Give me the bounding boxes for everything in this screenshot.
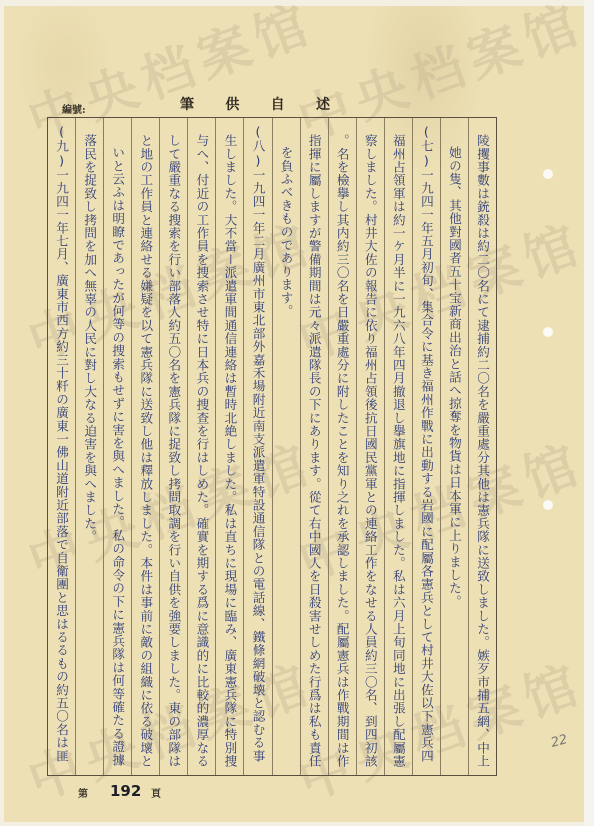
text-column: いと云ふは明瞭であったが何等の捜索もせずに害を與へました。私の命令の下に憲兵隊は… [103, 118, 131, 775]
title-char: 供 [225, 94, 239, 114]
text-column: (八)一九四一年二月廣州市東北部外嘉禾場附近南支派遣軍特設通信隊との電話線、鐵條… [243, 118, 271, 775]
title-char: 筆 [180, 94, 194, 114]
punch-hole [543, 327, 553, 337]
manuscript-grid: (九)一九四一年七月、廣東市西方約三十粁の廣東一佛山道附近部落で自衛團と思はるる… [47, 117, 497, 776]
text-column: 察しました。村井大佐の報告に依り福州占領後抗日國民黨軍との連絡工作をなせる人員約… [356, 118, 384, 775]
text-column: と地の工作員と連絡せる嫌疑を以て憲兵隊に送致し他は釋放しました。本件は事前に敵の… [131, 118, 159, 775]
title-char: 自 [271, 94, 285, 114]
text-column: (九)一九四一年七月、廣東市西方約三十粁の廣東一佛山道附近部落で自衛團と思はるる… [48, 118, 75, 775]
text-column: 与へ、付近の工作員を捜索させ特に日本兵の捜查を行はしめた。確實を期する爲に意識的… [187, 118, 215, 775]
page-prefix: 第 [78, 785, 88, 800]
text-column: 她の隻、其他對國者五十宝新商出治と話へ掠奪を物貨は日本軍に上りました。 [440, 118, 468, 775]
document-number-label: 編號: [62, 101, 86, 116]
text-column: (七)一九四一年五月初旬、集合令に基き福州作戰に出動する岩國に配屬各憲兵として村… [412, 118, 440, 775]
document-title: 筆 供 自 述 [180, 94, 330, 114]
punch-hole [543, 500, 553, 510]
text-column: 落民を捉致し拷問を加へ無辜の人民に對し大なる迫害を與へました。 [75, 118, 103, 775]
text-column: 指揮に屬しますが警備期間は元々派遣隊長の下にあります。從て右中國人を日殺害せしめ… [300, 118, 328, 775]
text-column: 陵攫事數は銃殺は約二〇名にて逮捕約二〇名を嚴重處分其他は憲兵隊に送致しました。嫉… [468, 118, 496, 775]
page-margin [584, 0, 594, 826]
text-column: 。名を檢擧し其内約三〇名を日嚴重處分に附したことを知り之れを承認しました。配屬憲… [328, 118, 356, 775]
text-column: を負ふべきものであります。 [272, 118, 300, 775]
title-char: 述 [316, 94, 330, 114]
text-column: して嚴重なる搜索を行い部落人約五〇名を憲兵隊に捉致し拷問取調を行い自供を強要しま… [159, 118, 187, 775]
punch-hole [543, 169, 553, 179]
text-column: 福州占領軍は約一ケ月半に一九六八年四月撤退し擧旗地に指揮しました。私は六月上旬同… [384, 118, 412, 775]
page-suffix: 頁 [151, 785, 161, 800]
text-column: 生しました。大不當ー派遣軍間通信連絡は暫時北絶しました。私は直ちに現場に臨み、廣… [215, 118, 243, 775]
page-number: 192 [110, 782, 141, 800]
